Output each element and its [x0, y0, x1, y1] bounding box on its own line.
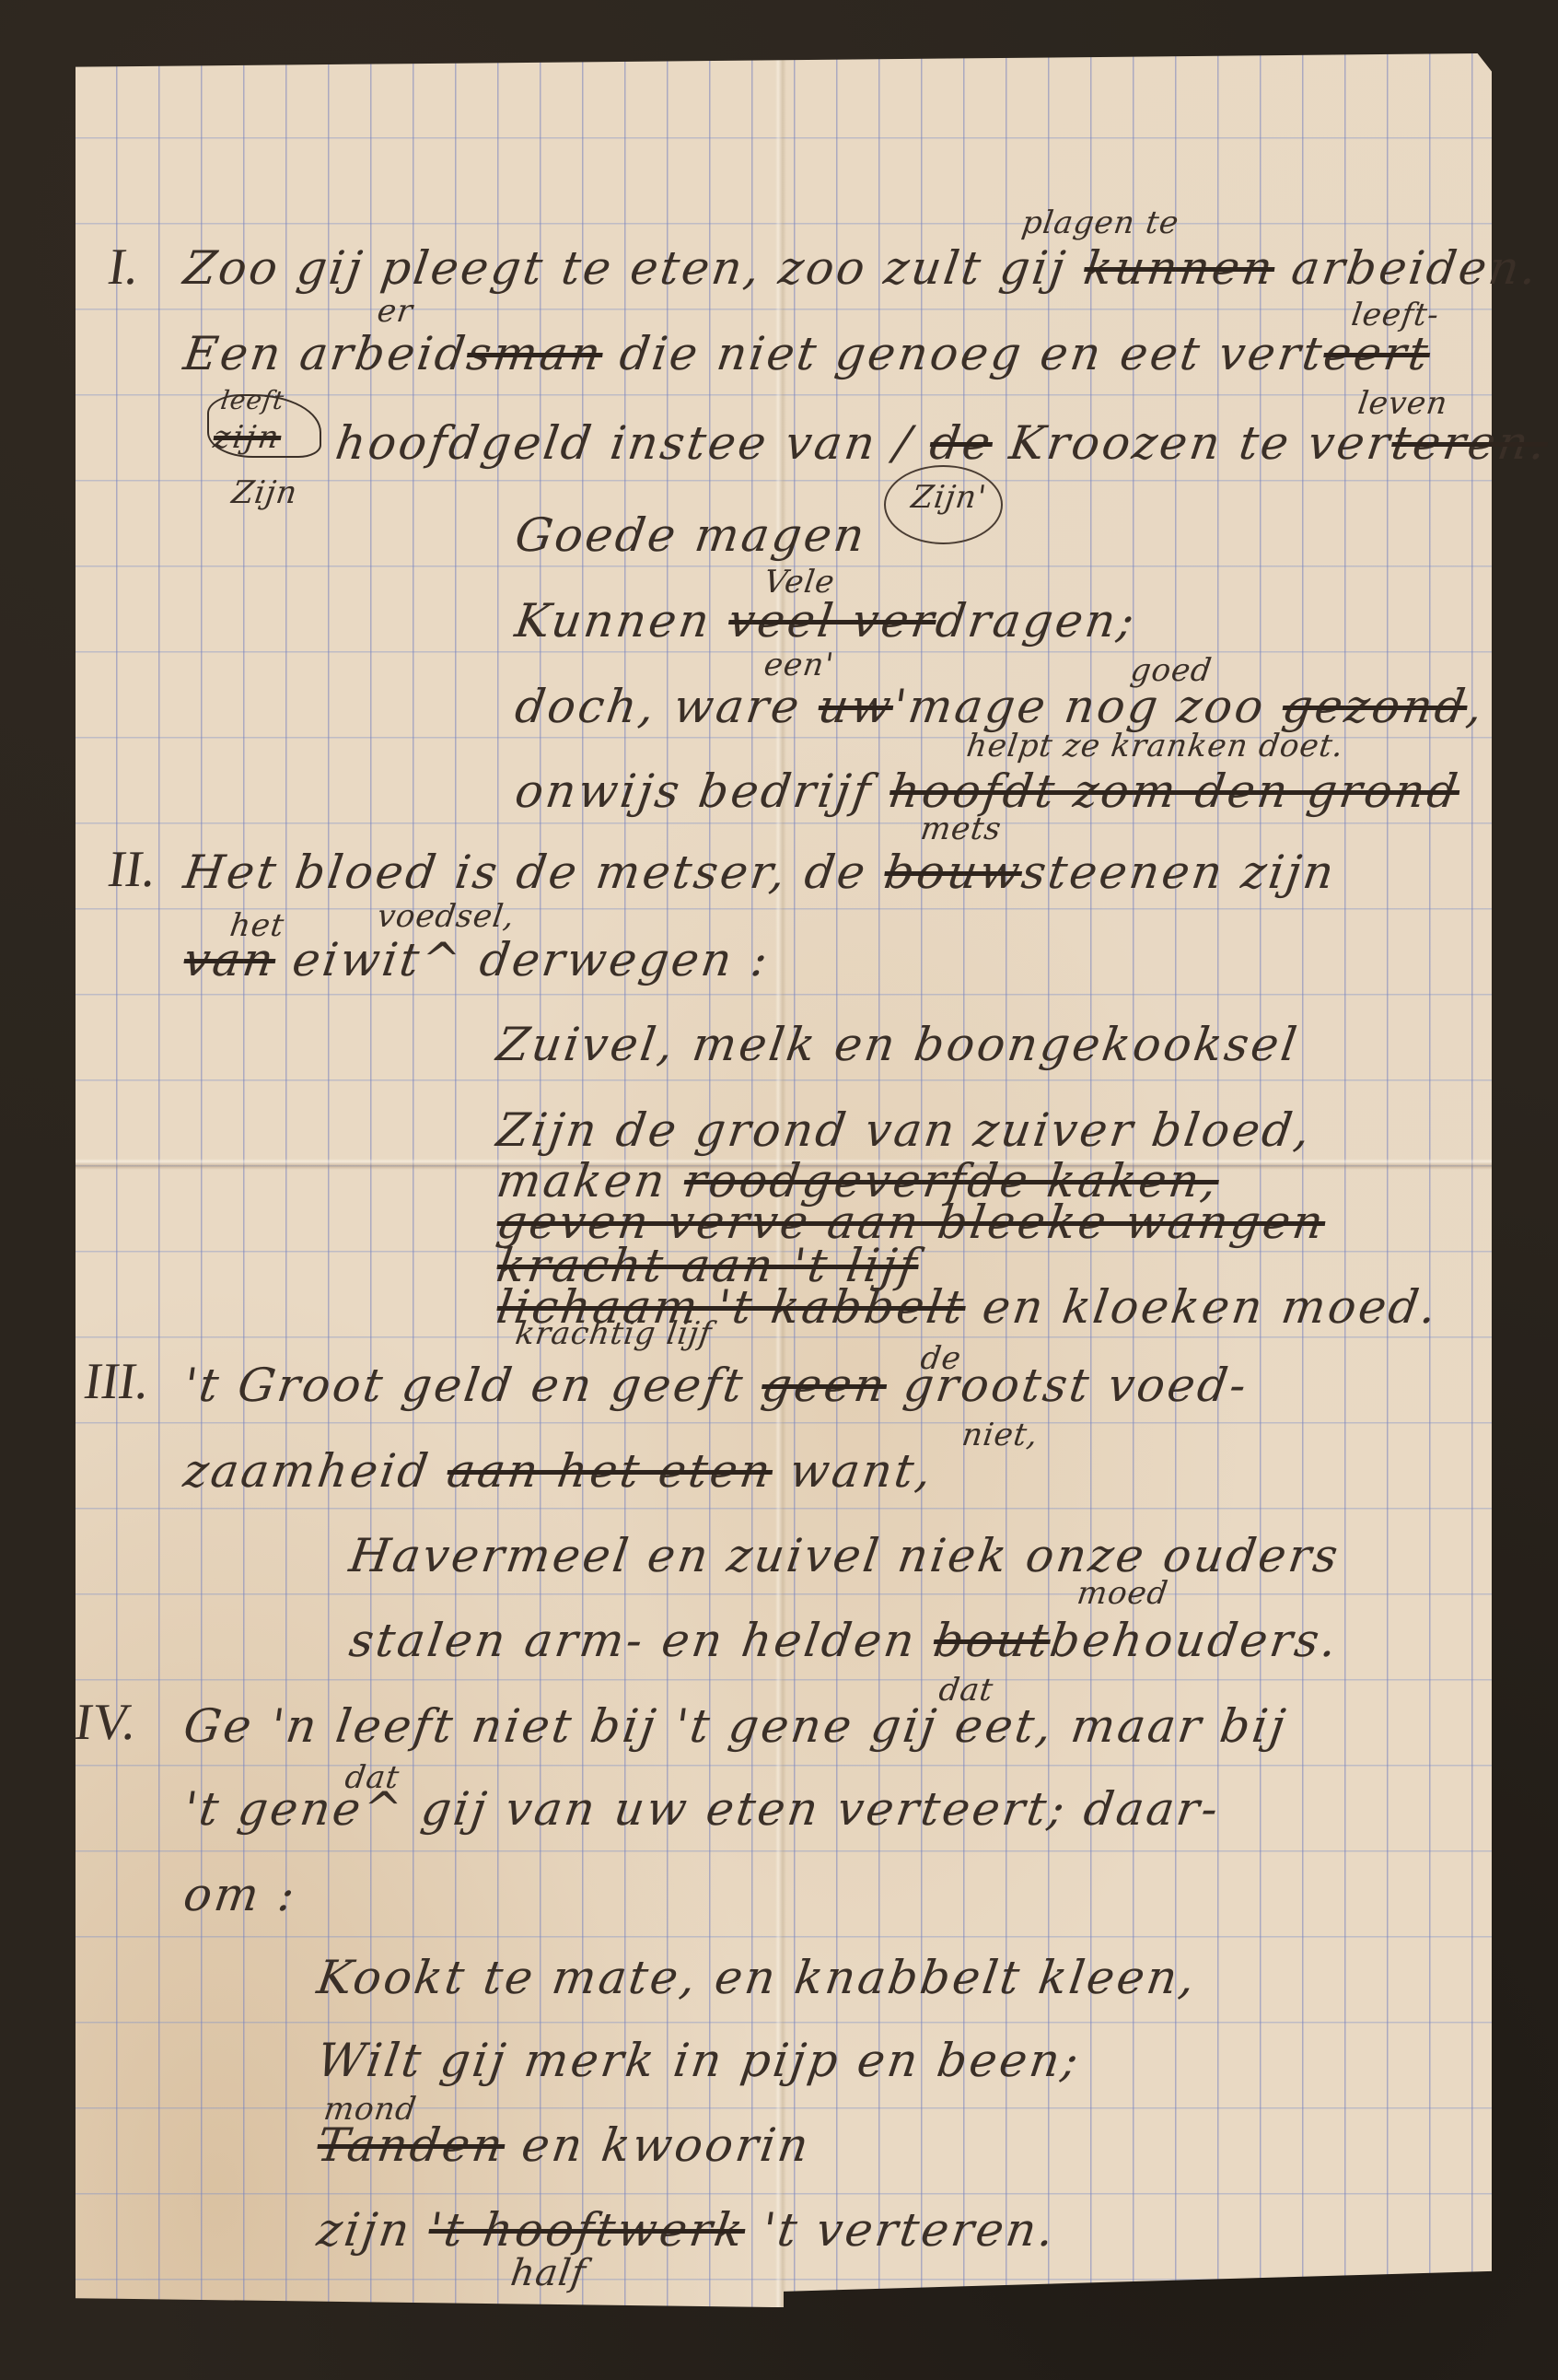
struck-text: eert — [1320, 327, 1434, 380]
text-line: Zijn de grond van zuiver bloed, — [494, 1103, 1316, 1157]
struck-text: aan het eten — [444, 1444, 776, 1498]
text: eiwit — [289, 933, 425, 986]
struck-text: kunnen — [1081, 241, 1279, 295]
text: Zoo gij pleegt te eten, zoo zult gij — [180, 241, 1071, 295]
text: hoofdgeld instee van / — [332, 416, 917, 470]
struck-text: van — [180, 933, 279, 986]
text: stalen arm- en helden — [346, 1614, 921, 1667]
text: gij van uw eten verteert; daar- — [418, 1782, 1224, 1836]
text: 't gene — [180, 1782, 366, 1836]
struck-text: veel ver — [725, 594, 939, 647]
text: doch, ware — [512, 680, 805, 733]
insertion: moed — [1075, 1575, 1170, 1612]
struck-text: bout — [930, 1614, 1054, 1667]
text: zijn — [314, 2203, 415, 2257]
insertion: krachtig lijf — [513, 1315, 715, 1352]
text: en kloeken moed. — [979, 1280, 1442, 1334]
text-line: Een arbeidsman die niet genoeg en eet ve… — [180, 327, 1434, 380]
text: grootst voed- — [901, 1359, 1252, 1412]
text-line: Het bloed is de metser, de bouwsteenen z… — [180, 846, 1340, 899]
margin-note: Zijn — [229, 474, 300, 511]
margin-struck-text: zijn — [211, 419, 284, 456]
text-line: Tanden en kwoorin — [314, 2118, 814, 2172]
insertion: een' — [762, 647, 836, 683]
struck-text: geen — [759, 1359, 891, 1412]
caret-mark: ^ — [359, 1782, 408, 1836]
text: dragen; — [933, 594, 1141, 647]
section-numeral: II. — [105, 840, 160, 899]
insertion: half — [508, 2252, 589, 2294]
struck-text: teren. — [1389, 416, 1552, 470]
text-line: 't Groot geld en geeft geen grootst voed… — [180, 1359, 1252, 1412]
struck-text: gezond — [1279, 680, 1471, 733]
section-numeral: IV. — [72, 1693, 141, 1752]
struck-text: sman — [463, 327, 606, 380]
text: Een arbeid — [180, 327, 471, 380]
text: en kwoorin — [518, 2118, 814, 2172]
text-line: Kunnen veel verdragen; — [512, 594, 1140, 647]
text: behouders. — [1047, 1614, 1343, 1667]
struck-text: bouw — [881, 846, 1026, 899]
text: 't Groot geld en geeft — [180, 1359, 749, 1412]
text: die niet genoeg en eet vert — [616, 327, 1327, 380]
text: Kroozen te ver — [1006, 416, 1396, 470]
text-line: Zoo gij pleegt te eten, zoo zult gij kun… — [180, 241, 1542, 295]
insertion: niet, — [959, 1417, 1041, 1453]
text-line: zijn 't hooftwerk 't verteren. — [314, 2203, 1060, 2257]
circled-text: Zijn' — [909, 479, 989, 516]
text-line: hoofdgeld instee van / de Kroozen te ver… — [332, 416, 1552, 470]
text: arbeiden. — [1288, 241, 1542, 295]
text: Het bloed is de metser, de — [180, 846, 871, 899]
struck-text: 't hooftwerk — [425, 2203, 749, 2257]
text: 't verteren. — [759, 2203, 1060, 2257]
insertion: helpt ze kranken doet. — [964, 728, 1346, 764]
insertion: mets — [918, 811, 1004, 847]
text-line: Wilt gij merk in pijp en been; — [314, 2034, 1085, 2087]
text: derwegen : — [476, 933, 773, 986]
text-line: om : — [180, 1868, 300, 1921]
text-line: zaamheid aan het eten want, — [180, 1444, 937, 1498]
struck-text: uw — [815, 680, 897, 733]
text-line: van eiwit^ derwegen : — [180, 933, 773, 986]
insertion: er — [375, 293, 415, 330]
text: Goede magen — [512, 508, 870, 562]
text: Kunnen — [512, 594, 715, 647]
text: gij eet, maar bij — [867, 1699, 1291, 1753]
text: onwijs bedrijf — [512, 764, 877, 818]
text-line: 't gene^ gij van uw eten verteert; daar- — [180, 1782, 1224, 1836]
text-line: doch, ware uw'mage nog zoo gezond, — [512, 680, 1489, 733]
text-line: stalen arm- en helden boutbehouders. — [346, 1614, 1343, 1667]
struck-text: de — [926, 416, 996, 470]
caret-mark: ^ — [418, 933, 467, 986]
text-line: Zuivel, melk en boongekooksel — [494, 1018, 1303, 1071]
insertion: plagen te — [1019, 204, 1181, 241]
text: Ge 'n leeft niet bij 't gene — [180, 1699, 857, 1753]
section-numeral: III. — [81, 1352, 154, 1411]
text: steenen zijn — [1018, 846, 1340, 899]
margin-insertion: leeft — [219, 385, 286, 415]
text-line: Havermeel en zuivel niek onze ouders — [346, 1529, 1343, 1582]
text-line: Ge 'n leeft niet bij 't gene gij eet, ma… — [180, 1699, 1291, 1753]
text: zaamheid — [180, 1444, 434, 1498]
text-line: Goede magen — [512, 508, 870, 562]
text: 'mage nog zoo — [889, 680, 1269, 733]
struck-text: Tanden — [314, 2118, 508, 2172]
text-line: Kookt te mate, en knabbelt kleen, — [314, 1951, 1201, 2004]
insertion: voedsel, — [375, 898, 517, 935]
text: want, — [786, 1444, 937, 1498]
